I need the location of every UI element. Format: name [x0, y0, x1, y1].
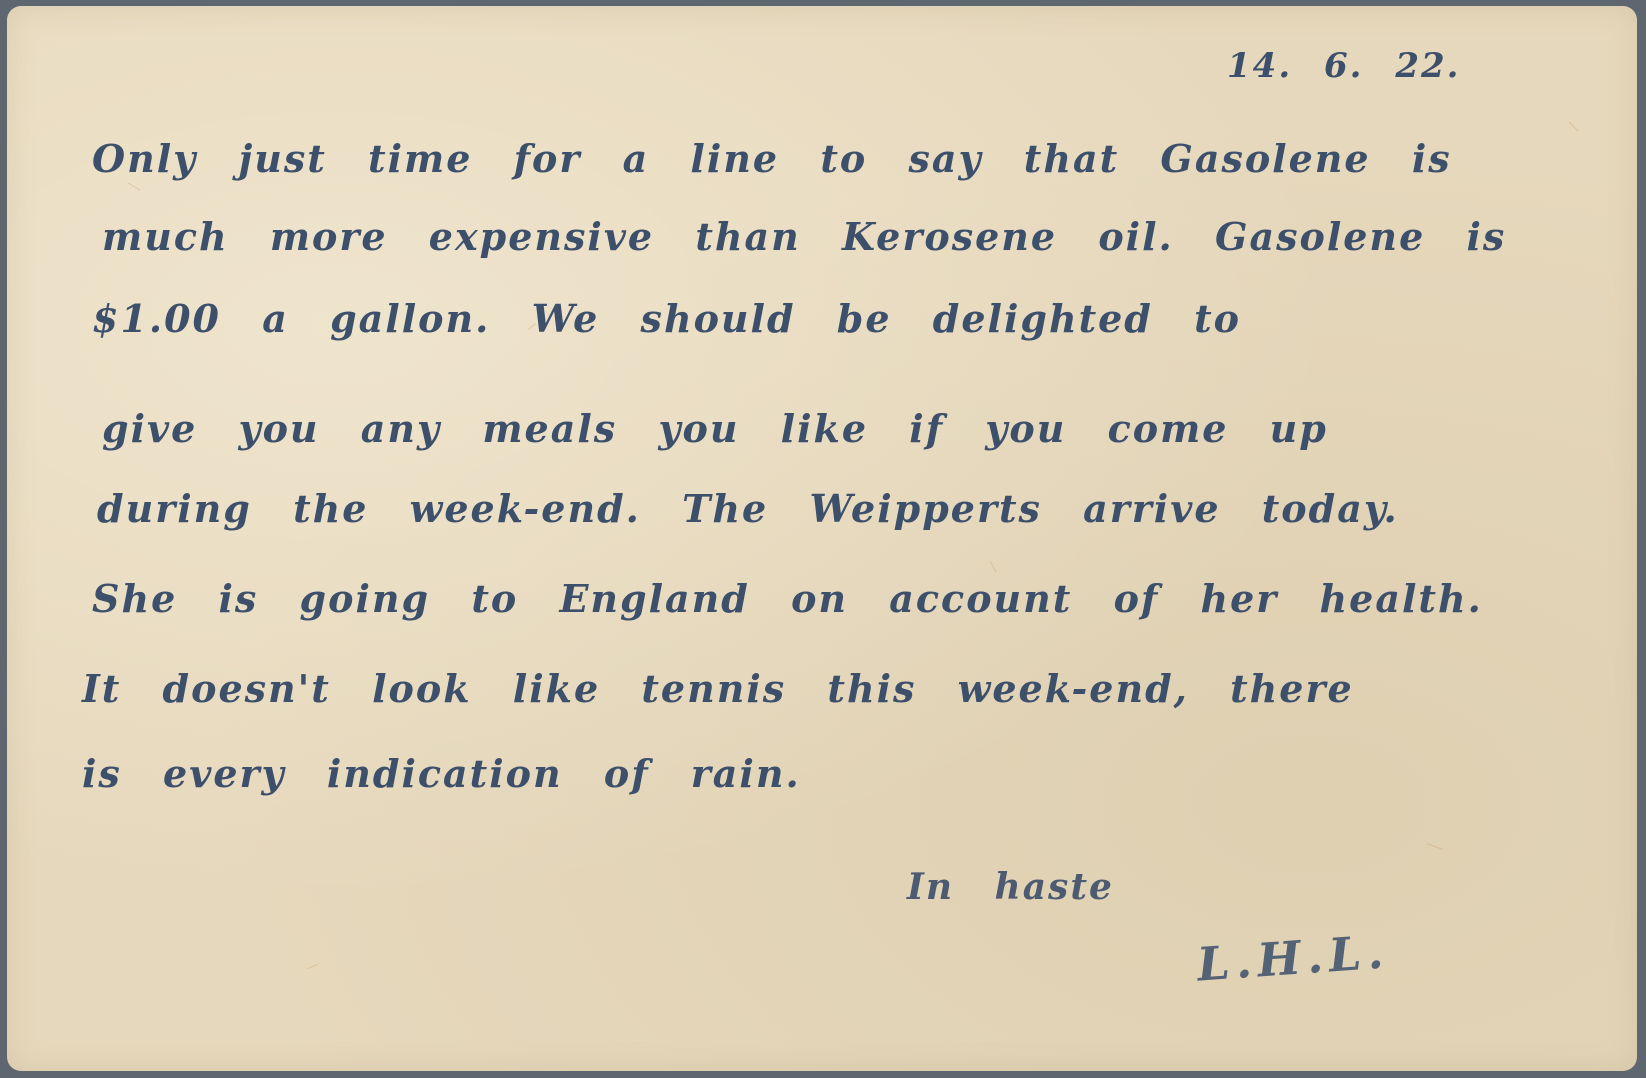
paper-fiber: [1427, 843, 1442, 849]
body-line-6: She is going to England on account of he…: [92, 576, 1483, 621]
body-line-8: is every indication of rain.: [82, 751, 801, 796]
body-line-1: Only just time for a line to say that Ga…: [92, 136, 1452, 181]
letter-closing: In haste: [907, 866, 1114, 908]
paper-fiber: [128, 183, 141, 191]
body-line-4: give you any meals you like if you come …: [102, 406, 1328, 451]
paper-fiber: [307, 964, 317, 970]
letter-date: 14. 6. 22.: [1227, 46, 1460, 86]
body-line-5: during the week-end. The Weipperts arriv…: [97, 486, 1399, 531]
signature: L.H.L.: [1195, 924, 1391, 991]
body-line-3: $1.00 a gallon. We should be delighted t…: [92, 296, 1241, 341]
body-line-7: It doesn't look like tennis this week-en…: [82, 666, 1354, 711]
paper-fiber: [1569, 122, 1579, 132]
postcard: 14. 6. 22. Only just time for a line to …: [7, 6, 1637, 1071]
body-line-2: much more expensive than Kerosene oil. G…: [102, 214, 1506, 259]
paper-fiber: [990, 561, 997, 572]
